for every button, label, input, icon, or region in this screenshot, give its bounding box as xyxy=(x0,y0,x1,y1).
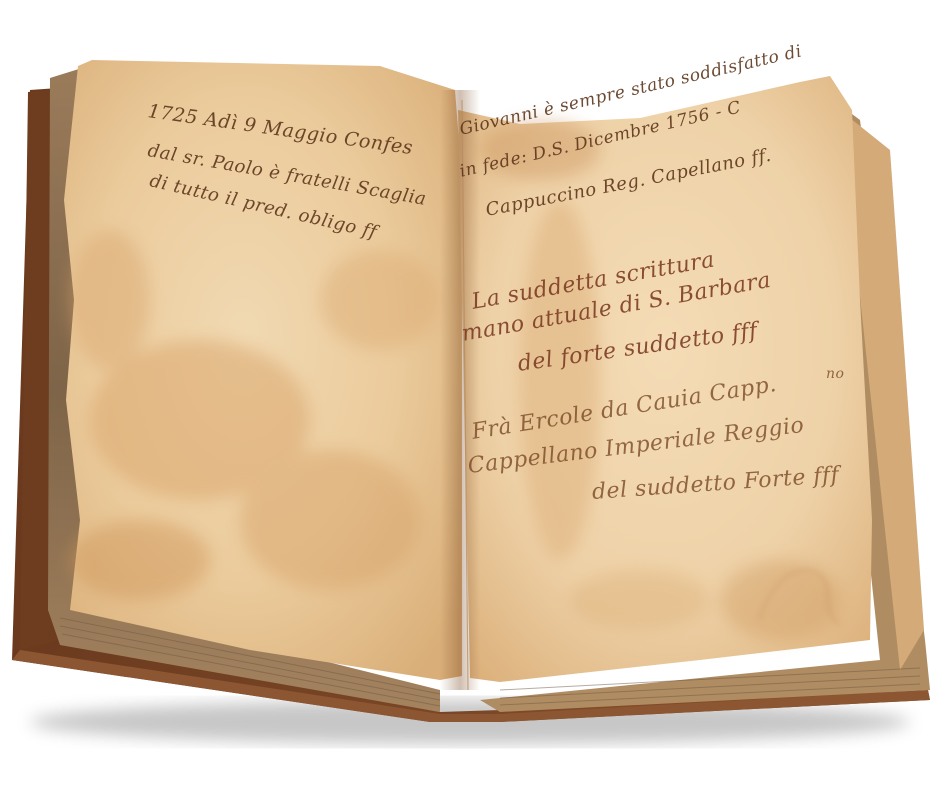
gutter-shadow xyxy=(440,90,480,690)
right-bottom-superscript: no xyxy=(826,366,844,382)
photo-scene: 1725 Adì 9 Maggio Confes dal sr. Paolo è… xyxy=(0,0,940,788)
